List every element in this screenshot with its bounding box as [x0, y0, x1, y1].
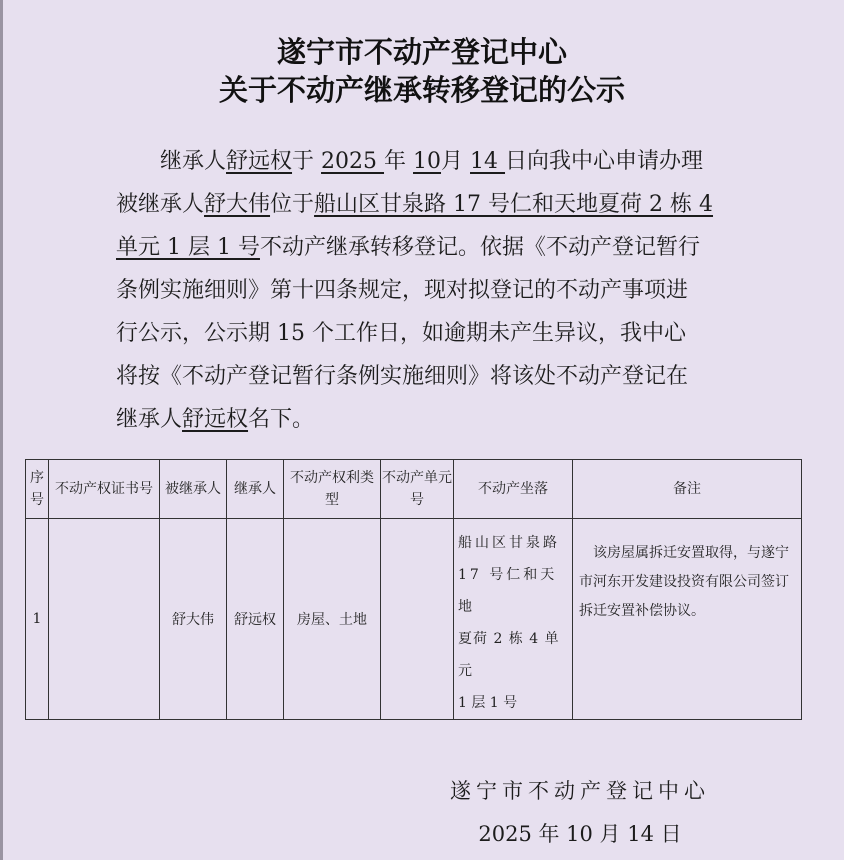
body-text: 名下。 — [248, 407, 314, 432]
body-text: 于 — [292, 149, 321, 174]
underlined-field: 舒远权 — [226, 149, 292, 174]
table-row: 1 舒大伟 舒远权 房屋、土地 船山区甘泉路 17 号仁和天地 夏荷 2 栋 4… — [26, 519, 802, 720]
cell-seq: 1 — [26, 519, 49, 720]
body-line: 继承人舒远权名下。 — [116, 398, 726, 441]
underlined-field: 船山区甘泉路 17 号仁和天地夏荷 2 栋 4 — [314, 192, 713, 217]
registration-table: 序号 不动产权证书号 被继承人 继承人 不动产权利类型 不动产单元号 不动产坐落… — [25, 459, 802, 720]
location-line: 1 层 1 号 — [458, 687, 568, 719]
underlined-field: 2025 — [321, 149, 384, 174]
body-line: 行公示，公示期 15 个工作日，如逾期未产生异议，我中心 — [116, 312, 726, 355]
signature-org: 遂宁市不动产登记中心 — [380, 775, 780, 805]
cell-heir: 舒远权 — [227, 519, 284, 720]
body-line: 继承人舒远权于 2025 年 10月 14 日向我中心申请办理 — [116, 140, 726, 183]
body-text: 位于 — [270, 192, 314, 217]
underlined-field: 舒大伟 — [204, 192, 270, 217]
cell-remark: 该房屋属拆迁安置取得，与遂宁市河东开发建设投资有限公司签订拆迁安置补偿协议。 — [573, 519, 802, 720]
cell-right-type: 房屋、土地 — [284, 519, 381, 720]
cell-decedent: 舒大伟 — [160, 519, 227, 720]
page-title: 遂宁市不动产登记中心 — [0, 30, 844, 71]
location-line: 船山区甘泉路 — [458, 527, 568, 559]
body-line: 被继承人舒大伟位于船山区甘泉路 17 号仁和天地夏荷 2 栋 4 — [116, 183, 726, 226]
header-cert-no: 不动产权证书号 — [49, 460, 160, 519]
body-text: 行公示，公示期 15 个工作日，如逾期未产生异议，我中心 — [116, 321, 686, 346]
underlined-field: 舒远权 — [182, 407, 248, 432]
table-header-row: 序号 不动产权证书号 被继承人 继承人 不动产权利类型 不动产单元号 不动产坐落… — [26, 460, 802, 519]
body-line: 条例实施细则》第十四条规定，现对拟登记的不动产事项进 — [116, 269, 726, 312]
body-line: 单元 1 层 1 号不动产继承转移登记。依据《不动产登记暂行 — [116, 226, 726, 269]
page-edge — [0, 0, 3, 860]
body-text: 日向我中心申请办理 — [505, 149, 703, 174]
header-remark: 备注 — [573, 460, 802, 519]
body-text: 将按《不动产登记暂行条例实施细则》将该处不动产登记在 — [116, 364, 688, 389]
header-right-type: 不动产权利类型 — [284, 460, 381, 519]
body-text: 条例实施细则》第十四条规定，现对拟登记的不动产事项进 — [116, 278, 688, 303]
cell-unit-no — [381, 519, 454, 720]
header-decedent: 被继承人 — [160, 460, 227, 519]
header-heir: 继承人 — [227, 460, 284, 519]
cell-location: 船山区甘泉路 17 号仁和天地 夏荷 2 栋 4 单元 1 层 1 号 — [454, 519, 573, 720]
body-text: 被继承人 — [116, 192, 204, 217]
signature-date: 2025 年 10 月 14 日 — [380, 818, 780, 848]
underlined-field: 10 — [413, 149, 441, 174]
header-seq: 序号 — [26, 460, 49, 519]
page-subtitle: 关于不动产继承转移登记的公示 — [0, 68, 844, 109]
location-line: 夏荷 2 栋 4 单元 — [458, 623, 568, 687]
underlined-field: 14 — [470, 149, 505, 174]
body-text: 年 — [384, 149, 413, 174]
body-text: 继承人 — [116, 407, 182, 432]
body-text: 继承人 — [116, 149, 226, 174]
notice-body: 继承人舒远权于 2025 年 10月 14 日向我中心申请办理被继承人舒大伟位于… — [116, 140, 726, 441]
location-line: 17 号仁和天地 — [458, 559, 568, 623]
body-text: 月 — [441, 149, 470, 174]
cell-cert-no — [49, 519, 160, 720]
body-line: 将按《不动产登记暂行条例实施细则》将该处不动产登记在 — [116, 355, 726, 398]
underlined-field: 单元 1 层 1 号 — [116, 235, 260, 260]
header-location: 不动产坐落 — [454, 460, 573, 519]
body-text: 不动产继承转移登记。依据《不动产登记暂行 — [260, 235, 700, 260]
header-unit-no: 不动产单元号 — [381, 460, 454, 519]
